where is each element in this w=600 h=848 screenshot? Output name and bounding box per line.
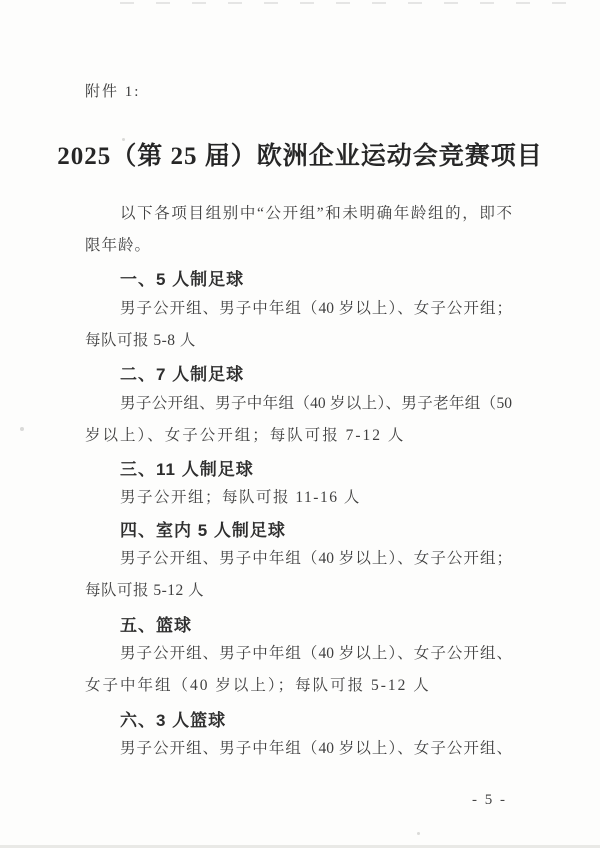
section-1-heading: 一、5 人制足球 bbox=[120, 265, 244, 290]
section-2-line-1: 男子公开组、男子中年组（40 岁以上）、男子老年组（50 bbox=[120, 393, 512, 415]
document-title: 2025（第 25 届）欧洲企业运动会竞赛项目 bbox=[0, 136, 600, 172]
section-2-line-2: 岁以上）、女子公开组；每队可报 7-12 人 bbox=[85, 425, 405, 447]
section-3-heading: 三、11 人制足球 bbox=[120, 455, 254, 480]
scanned-document-page: 附件 1: 2025（第 25 届）欧洲企业运动会竞赛项目 以下各项目组别中“公… bbox=[0, 0, 600, 848]
section-6-heading: 六、3 人篮球 bbox=[120, 706, 226, 731]
section-3-line-1: 男子公开组；每队可报 11-16 人 bbox=[120, 487, 361, 509]
section-4-heading: 四、室内 5 人制足球 bbox=[120, 516, 286, 541]
section-1-line-2: 每队可报 5-8 人 bbox=[85, 330, 196, 352]
section-4-line-1: 男子公开组、男子中年组（40 岁以上）、女子公开组； bbox=[120, 548, 512, 570]
page-number: - 5 - bbox=[472, 792, 507, 809]
section-4-line-2: 每队可报 5-12 人 bbox=[85, 580, 204, 602]
intro-line-2: 限年龄。 bbox=[85, 235, 151, 257]
scan-speck bbox=[122, 138, 125, 141]
section-5-heading: 五、篮球 bbox=[120, 611, 192, 636]
intro-line-1: 以下各项目组别中“公开组”和未明确年龄组的，即不 bbox=[120, 203, 512, 225]
scan-speck bbox=[20, 427, 24, 431]
section-2-heading: 二、7 人制足球 bbox=[120, 360, 244, 385]
scan-speck bbox=[417, 832, 420, 835]
section-1-line-1: 男子公开组、男子中年组（40 岁以上）、女子公开组； bbox=[120, 298, 512, 320]
section-6-line-1: 男子公开组、男子中年组（40 岁以上）、女子公开组、 bbox=[120, 738, 512, 760]
attachment-label: 附件 1: bbox=[85, 80, 140, 101]
section-5-line-1: 男子公开组、男子中年组（40 岁以上）、女子公开组、 bbox=[120, 643, 512, 665]
section-5-line-2: 女子中年组（40 岁以上）；每队可报 5-12 人 bbox=[85, 675, 431, 697]
scan-artifact-top-edge bbox=[120, 2, 572, 4]
